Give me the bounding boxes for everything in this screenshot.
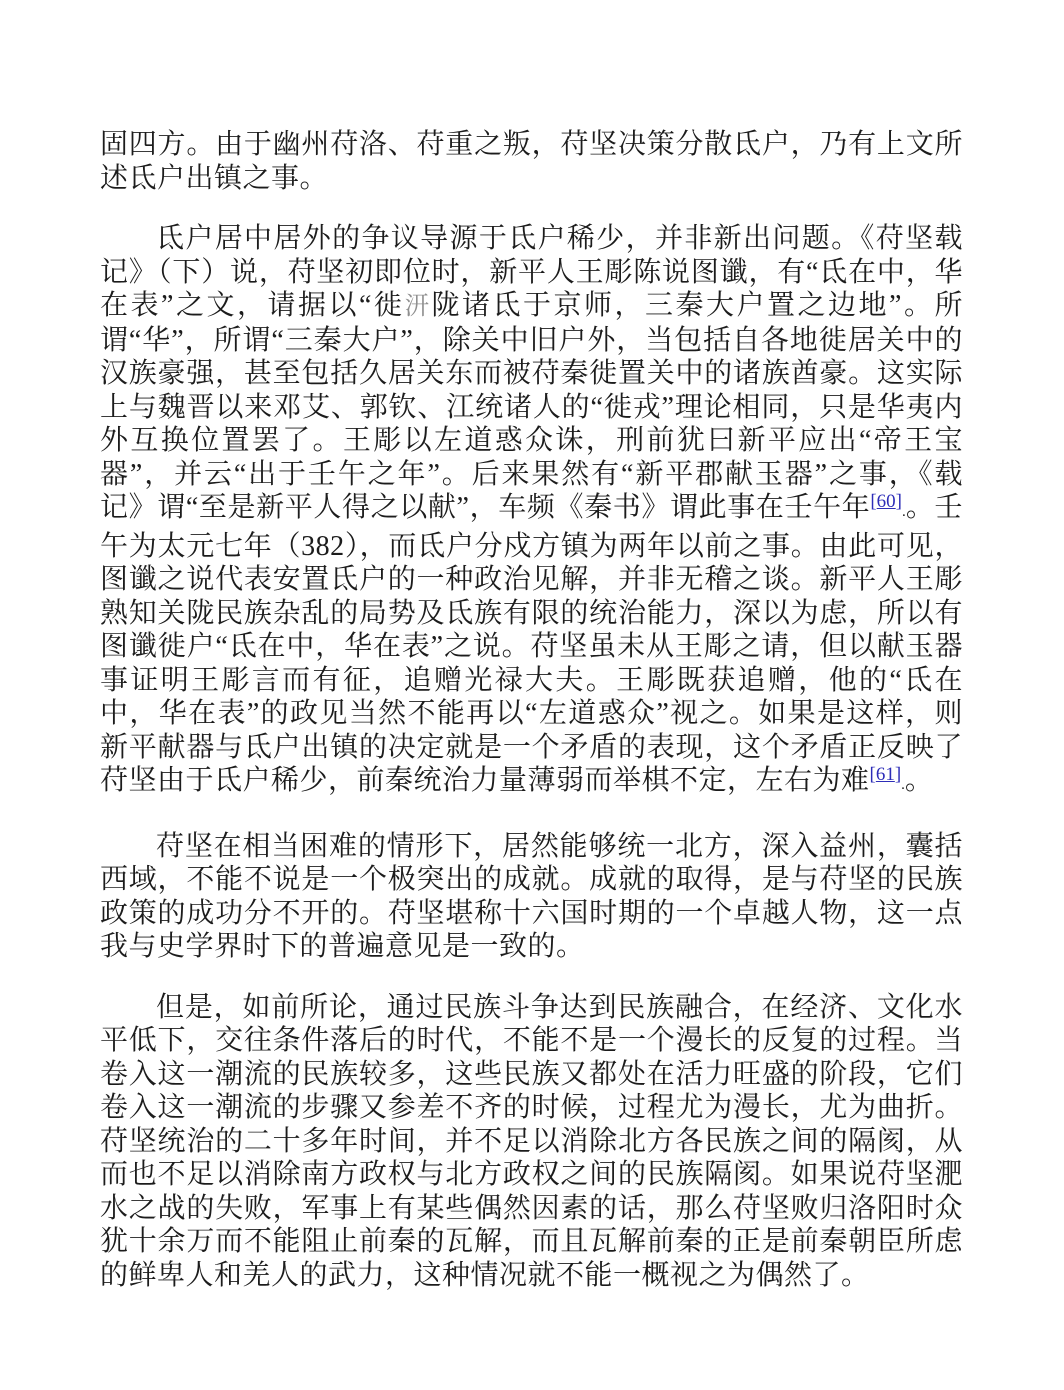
document-page: 固四方。由于幽州苻洛、苻重之叛，苻坚决策分散氐户，乃有上文所述氐户出镇之事。 氐… bbox=[0, 0, 1064, 1390]
rare-char-image: 汧 bbox=[404, 293, 431, 320]
paragraph-2: 氐户居中居外的争议导源于氐户稀少，并非新出问题。《苻坚载记》（下）说，苻坚初即位… bbox=[100, 222, 963, 803]
paragraph-text: 陇诸氐于京师，三秦大户置之边地”。所谓“华”，所谓“三秦大户”，除关中旧户外，当… bbox=[100, 290, 963, 523]
paragraph-text: 苻坚在相当困难的情形下，居然能够统一北方，深入益州，囊括西域，不能不说是一个极突… bbox=[100, 831, 963, 963]
footnote-link-60[interactable]: 60 bbox=[877, 491, 896, 512]
footnote-ref-60[interactable]: [60] bbox=[870, 491, 902, 512]
paragraph-text: 。壬午为太元七年（382），而氐户分戍方镇为两年以前之事。由此可见，图谶之说代表… bbox=[100, 492, 963, 796]
paragraph-text: 。 bbox=[905, 765, 934, 796]
footnote-ref-61[interactable]: [61] bbox=[870, 764, 902, 785]
paragraph-continuation: 固四方。由于幽州苻洛、苻重之叛，苻坚决策分散氐户，乃有上文所述氐户出镇之事。 bbox=[100, 128, 963, 195]
text-block: 固四方。由于幽州苻洛、苻重之叛，苻坚决策分散氐户，乃有上文所述氐户出镇之事。 氐… bbox=[100, 128, 963, 1319]
footnote-link-61[interactable]: 61 bbox=[876, 764, 895, 785]
paragraph-text: 但是，如前所论，通过民族斗争达到民族融合，在经济、文化水平低下，交往条件落后的时… bbox=[100, 992, 963, 1291]
paragraph-text: 固四方。由于幽州苻洛、苻重之叛，苻坚决策分散氐户，乃有上文所述氐户出镇之事。 bbox=[100, 129, 963, 194]
paragraph-3: 苻坚在相当困难的情形下，居然能够统一北方，深入益州，囊括西域，不能不说是一个极突… bbox=[100, 830, 963, 964]
paragraph-4: 但是，如前所论，通过民族斗争达到民族融合，在经济、文化水平低下，交往条件落后的时… bbox=[100, 991, 963, 1293]
